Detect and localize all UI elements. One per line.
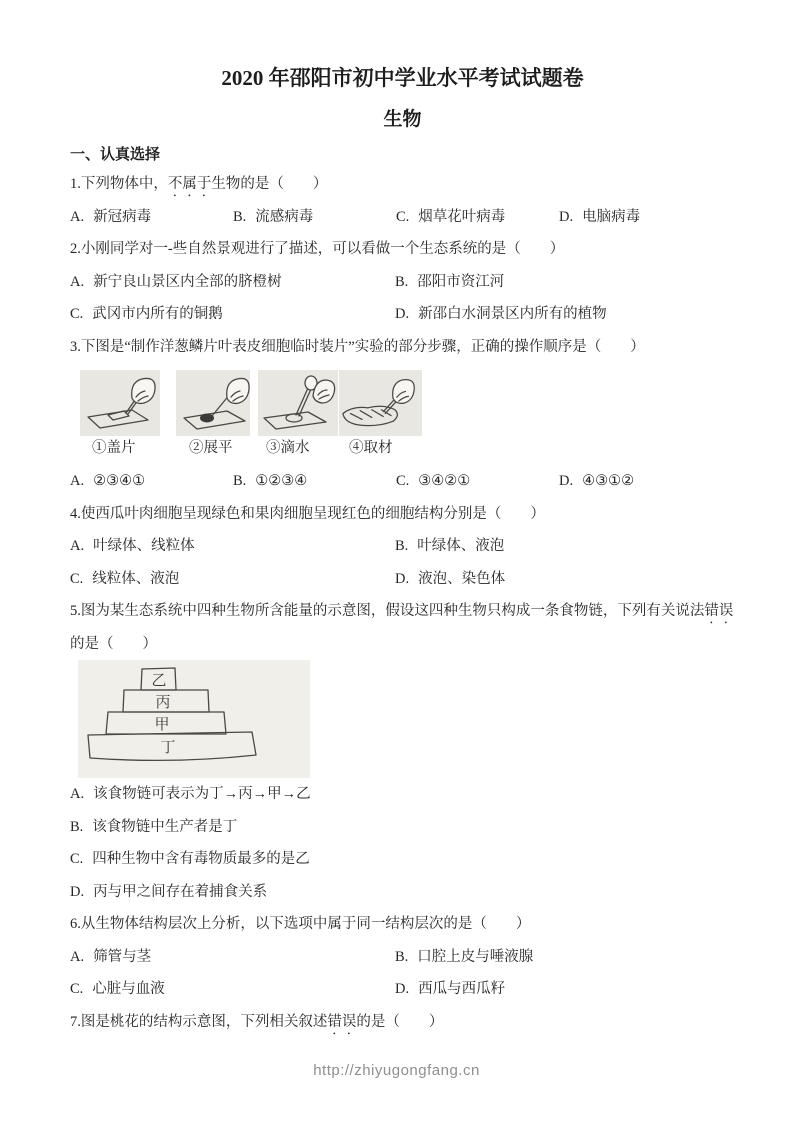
q1-stem-emphasis: 不属于 [168, 176, 212, 192]
question-6-options-row2: C.心脏与血液 D.西瓜与西瓜籽 [70, 973, 735, 1006]
q5-option-d: D.丙与甲之间存在着捕食关系 [70, 884, 267, 900]
slide-step-flatten-image [176, 370, 250, 436]
question-5-stem: 5.图为某生态系统中四种生物所含能量的示意图，假设这四种生物只构成一条食物链，下… [70, 595, 735, 660]
q1-option-c: C.烟草花叶病毒 [396, 201, 559, 234]
q6-option-b: B.口腔上皮与唾液腺 [395, 941, 735, 974]
q5-option-b: B.该食物链中生产者是丁 [70, 819, 237, 835]
q5-stem-pre: 5.图为某生态系统中四种生物所含能量的示意图，假设这四种生物只构成一条食物链，下… [70, 603, 704, 619]
q2-option-d-text: 新邵白水洞景区内所有的植物 [418, 306, 607, 322]
pyramid-label-jia: 甲 [154, 716, 169, 733]
question-3-stem: 3.下图是“制作洋葱鳞片叶表皮细胞临时装片”实验的部分步骤，正确的操作顺序是（ … [70, 331, 735, 364]
q2-option-c-letter: C. [70, 306, 83, 322]
q4-option-c: C.线粒体、液泡 [70, 563, 395, 596]
q3-option-c-text: ③④②① [418, 473, 470, 489]
figure-label-flatten: ②展平 [189, 435, 233, 462]
q5-option-a-text: 该食物链可表示为丁→丙→甲→乙 [93, 786, 311, 802]
watermark-url: http://zhiyugongfang.cn [0, 1062, 793, 1079]
q2-option-a-text: 新宁良山景区内全部的脐橙树 [93, 274, 282, 290]
question-2-options-row1: A.新宁良山景区内全部的脐橙树 B.邵阳市资江河 [70, 266, 735, 299]
q4-option-c-text: 线粒体、液泡 [92, 571, 179, 587]
q4-option-c-letter: C. [70, 571, 83, 587]
pyramid-label-bing: 丙 [155, 694, 170, 711]
q6-option-d-text: 西瓜与西瓜籽 [418, 981, 505, 997]
q6-option-a-letter: A. [70, 949, 84, 965]
q3-option-d-letter: D. [559, 473, 573, 489]
q2-option-b: B.邵阳市资江河 [395, 266, 735, 299]
take-material-drawing [339, 370, 419, 436]
q5-option-d-letter: D. [70, 884, 84, 900]
q6-option-c: C.心脏与血液 [70, 973, 395, 1006]
question-1-options: A.新冠病毒 B.流感病毒 C.烟草花叶病毒 D.电脑病毒 [70, 201, 735, 234]
q1-stem-post: 生物的是（ ） [211, 176, 327, 192]
q1-option-d-text: 电脑病毒 [582, 209, 640, 225]
q3-option-a-text: ②③④① [93, 473, 145, 489]
section-heading: 一、认真选择 [70, 142, 735, 168]
q5-option-b-text: 该食物链中生产者是丁 [92, 819, 237, 835]
q7-stem-post: 的是（ ） [356, 1014, 443, 1030]
q2-option-d-letter: D. [395, 306, 409, 322]
q6-option-a: A.筛管与茎 [70, 941, 395, 974]
flatten-drawing [176, 370, 256, 436]
q5-option-c-text: 四种生物中含有毒物质最多的是乙 [92, 851, 310, 867]
question-6-options-row1: A.筛管与茎 B.口腔上皮与唾液腺 [70, 941, 735, 974]
q1-option-b: B.流感病毒 [233, 201, 396, 234]
q1-stem-pre: 1.下列物体中， [70, 176, 168, 192]
slide-step-material-image [339, 370, 422, 436]
q4-option-a-letter: A. [70, 538, 84, 554]
q7-stem-emphasis: 错误 [327, 1014, 356, 1030]
q1-option-c-letter: C. [396, 209, 409, 225]
question-4-options-row1: A.叶绿体、线粒体 B.叶绿体、液泡 [70, 530, 735, 563]
question-7-stem: 7.图是桃花的结构示意图，下列相关叙述错误的是（ ） [70, 1006, 735, 1039]
slide-step-cover-image [80, 370, 160, 436]
slide-preparation-figure: ①盖片 ②展平 ③滴水 ④取材 [70, 363, 735, 465]
q3-option-c: C.③④②① [396, 465, 559, 498]
slide-step-waterdrop-image [258, 370, 338, 436]
q6-option-d: D.西瓜与西瓜籽 [395, 973, 735, 1006]
q1-option-d-letter: D. [559, 209, 573, 225]
q1-option-a: A.新冠病毒 [70, 201, 233, 234]
q5-option-b-letter: B. [70, 819, 83, 835]
question-2-options-row2: C.武冈市内所有的铜鹅 D.新邵白水洞景区内所有的植物 [70, 298, 735, 331]
q4-option-b-text: 叶绿体、液泡 [417, 538, 504, 554]
q6-option-c-letter: C. [70, 981, 83, 997]
question-5-option-a-row: A.该食物链可表示为丁→丙→甲→乙 [70, 778, 735, 811]
q6-option-c-text: 心脏与血液 [92, 981, 165, 997]
question-2-stem: 2.小刚同学对一-些自然景观进行了描述，可以看做一个生态系统的是（ ） [70, 233, 735, 266]
subject-title: 生物 [70, 106, 735, 134]
q4-option-a: A.叶绿体、线粒体 [70, 530, 395, 563]
q2-option-a: A.新宁良山景区内全部的脐橙树 [70, 266, 395, 299]
q3-option-d: D.④③①② [559, 465, 735, 498]
q5-option-d-text: 丙与甲之间存在着捕食关系 [93, 884, 267, 900]
q1-option-d: D.电脑病毒 [559, 201, 735, 234]
q3-option-a: A.②③④① [70, 465, 233, 498]
q4-option-d-letter: D. [395, 571, 409, 587]
q4-option-a-text: 叶绿体、线粒体 [93, 538, 195, 554]
q2-option-d: D.新邵白水洞景区内所有的植物 [395, 298, 735, 331]
q7-stem-pre: 7.图是桃花的结构示意图，下列相关叙述 [70, 1014, 327, 1030]
q1-option-b-text: 流感病毒 [255, 209, 313, 225]
figure-label-cover: ①盖片 [92, 435, 136, 462]
question-4-stem: 4.使西瓜叶肉细胞呈现绿色和果肉细胞呈现红色的细胞结构分别是（ ） [70, 498, 735, 531]
question-5-option-d-row: D.丙与甲之间存在着捕食关系 [70, 876, 735, 909]
q6-option-b-letter: B. [395, 949, 408, 965]
page-title: 2020 年邵阳市初中学业水平考试试题卷 [70, 62, 735, 94]
question-4-options-row2: C.线粒体、液泡 D.液泡、染色体 [70, 563, 735, 596]
q6-option-b-text: 口腔上皮与唾液腺 [417, 949, 533, 965]
q2-option-c: C.武冈市内所有的铜鹅 [70, 298, 395, 331]
q5-stem-emphasis: 错误 [704, 603, 733, 619]
energy-pyramid-drawing: 乙 丙 甲 丁 [78, 660, 310, 778]
q4-option-b-letter: B. [395, 538, 408, 554]
question-1-stem: 1.下列物体中，不属于生物的是（ ） [70, 168, 735, 201]
q1-option-a-text: 新冠病毒 [93, 209, 151, 225]
q3-option-b: B.①②③④ [233, 465, 396, 498]
energy-pyramid-figure: 乙 丙 甲 丁 [78, 660, 310, 778]
q3-option-d-text: ④③①② [582, 473, 634, 489]
q4-option-d: D.液泡、染色体 [395, 563, 735, 596]
q3-option-a-letter: A. [70, 473, 84, 489]
q3-option-b-text: ①②③④ [255, 473, 307, 489]
q4-option-b: B.叶绿体、液泡 [395, 530, 735, 563]
figure-label-waterdrop: ③滴水 [266, 435, 310, 462]
question-3-options: A.②③④① B.①②③④ C.③④②① D.④③①② [70, 465, 735, 498]
q5-stem-post: 的是（ ） [70, 636, 157, 652]
q5-option-c: C.四种生物中含有毒物质最多的是乙 [70, 851, 310, 867]
q2-option-a-letter: A. [70, 274, 84, 290]
q4-option-d-text: 液泡、染色体 [418, 571, 505, 587]
q5-option-a-letter: A. [70, 786, 84, 802]
q1-option-a-letter: A. [70, 209, 84, 225]
q6-option-a-text: 筛管与茎 [93, 949, 151, 965]
q1-option-c-text: 烟草花叶病毒 [418, 209, 505, 225]
pyramid-label-yi: 乙 [151, 673, 166, 689]
question-5-option-b-row: B.该食物链中生产者是丁 [70, 811, 735, 844]
q3-option-b-letter: B. [233, 473, 246, 489]
q3-option-c-letter: C. [396, 473, 409, 489]
question-6-stem: 6.从生物体结构层次上分析，以下选项中属于同一结构层次的是（ ） [70, 908, 735, 941]
q6-option-d-letter: D. [395, 981, 409, 997]
cover-slip-drawing [80, 370, 160, 436]
q2-option-c-text: 武冈市内所有的铜鹅 [92, 306, 223, 322]
water-drop-drawing [258, 370, 338, 436]
pyramid-label-ding: 丁 [160, 739, 175, 756]
q2-option-b-letter: B. [395, 274, 408, 290]
q2-option-b-text: 邵阳市资江河 [417, 274, 504, 290]
exam-page: 2020 年邵阳市初中学业水平考试试题卷 生物 一、认真选择 1.下列物体中，不… [0, 0, 793, 1122]
q1-option-b-letter: B. [233, 209, 246, 225]
q5-option-c-letter: C. [70, 851, 83, 867]
figure-label-material: ④取材 [349, 435, 393, 462]
question-5-option-c-row: C.四种生物中含有毒物质最多的是乙 [70, 843, 735, 876]
q5-option-a: A.该食物链可表示为丁→丙→甲→乙 [70, 786, 311, 802]
specimen-blob [200, 414, 214, 423]
